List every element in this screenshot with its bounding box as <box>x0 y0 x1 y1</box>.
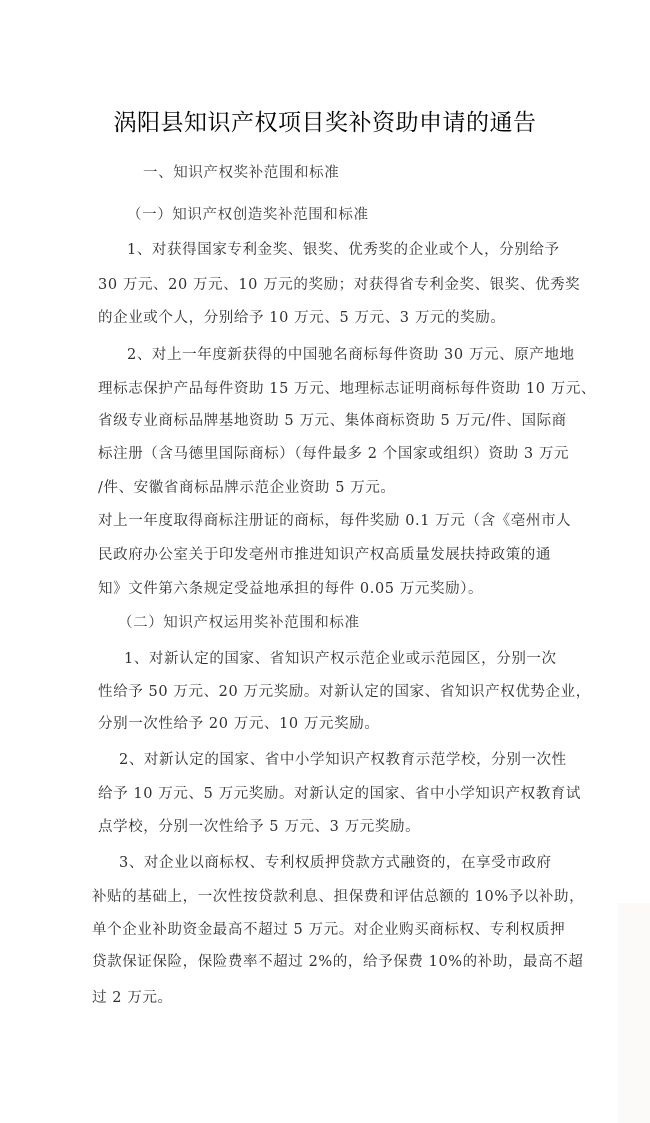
paragraph-line: /件、安徽省商标品牌示范企业资助 5 万元。 <box>98 478 396 498</box>
subsection-heading: （二）知识产权运用奖补范围和标准 <box>118 613 360 633</box>
paragraph-line: 理标志保护产品每件资助 15 万元、地理标志证明商标每件资助 10 万元、 <box>98 379 596 399</box>
paragraph-line: 的企业或个人，分别给予 10 万元、5 万元、3 万元的奖励。 <box>98 308 505 328</box>
paragraph-line: 1、对新认定的国家、省知识产权示范企业或示范园区，分别一次 <box>124 649 557 669</box>
paragraph-line: 3、对企业以商标权、专利权质押贷款方式融资的，在享受市政府 <box>119 853 552 873</box>
paragraph-line: 性给予 50 万元、20 万元奖励。对新认定的国家、省知识产权优势企业， <box>98 682 591 702</box>
paragraph-line: 知》文件第六条规定受益地承担的每件 0.05 万元奖励）。 <box>98 579 483 599</box>
section-heading: 一、知识产权奖补范围和标准 <box>143 163 339 183</box>
paragraph-line: 1、对获得国家专利金奖、银奖、优秀奖的企业或个人，分别给予 <box>127 240 560 260</box>
paragraph-line: 分别一次性给予 20 万元、10 万元奖励。 <box>98 714 379 734</box>
paragraph-line: 民政府办公室关于印发亳州市推进知识产权高质量发展扶持政策的通 <box>98 545 551 565</box>
paragraph-line: 贷款保证保险，保险费率不超过 2%的，给予保费 10%的补助，最高不超 <box>92 952 583 972</box>
subsection-heading: （一）知识产权创造奖补范围和标准 <box>127 205 369 225</box>
paragraph-line: 标注册（含马德里国际商标）（每件最多 2 个国家或组织）资助 3 万元 <box>98 444 569 464</box>
paragraph-line: 补贴的基础上，一次性按贷款利息、担保费和评估总额的 10%予以补助， <box>92 887 584 907</box>
paragraph-line: 点学校，分别一次性给予 5 万元、3 万元奖励。 <box>98 817 420 837</box>
paragraph-line: 2、对新认定的国家、省中小学知识产权教育示范学校，分别一次性 <box>119 750 567 770</box>
paragraph-line: 2、对上一年度新获得的中国驰名商标每件资助 30 万元、原产地地 <box>127 345 575 365</box>
paragraph-line: 省级专业商标品牌基地资助 5 万元、集体商标资助 5 万元/件、国际商 <box>98 411 567 431</box>
paragraph-line: 30 万元、20 万元、10 万元的奖励；对获得省专利金奖、银奖、优秀奖 <box>98 275 580 295</box>
page-edge-shadow <box>618 903 650 1123</box>
paragraph-line: 给予 10 万元、5 万元奖励。对新认定的国家、省中小学知识产权教育试 <box>98 784 581 804</box>
document-title: 涡阳县知识产权项目奖补资助申请的通告 <box>0 104 650 137</box>
paragraph-line: 单个企业补助资金最高不超过 5 万元。对企业购买商标权、专利权质押 <box>92 920 565 940</box>
paragraph-line: 对上一年度取得商标注册证的商标，每件奖励 0.1 万元（含《亳州市人 <box>98 511 571 531</box>
paragraph-line: 过 2 万元。 <box>92 988 173 1008</box>
